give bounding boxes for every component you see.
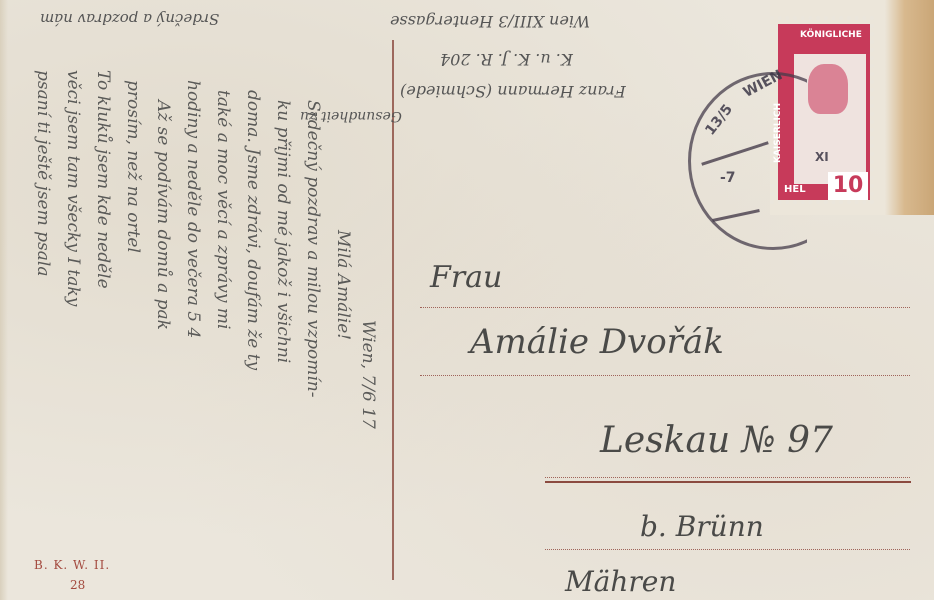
postmark-suffix: XI bbox=[815, 150, 829, 164]
address-salutation: Frau bbox=[430, 260, 502, 295]
address-region: Mähren bbox=[565, 565, 676, 598]
address-line-3 bbox=[545, 477, 910, 478]
card-edge bbox=[0, 0, 8, 600]
message-top-upside-down: Srdečný a pozdrav nám bbox=[40, 10, 219, 28]
postcard-back: Wien, 7/6 17 Milá Amálie! Srdečný pozdra… bbox=[0, 0, 934, 600]
address-line-1 bbox=[420, 307, 910, 308]
eagle-icon bbox=[808, 64, 848, 114]
address-street: Leskau № 97 bbox=[600, 420, 833, 461]
imprint-number: 28 bbox=[70, 578, 85, 592]
message-line: věci jsem tam všecky I taky bbox=[63, 70, 83, 306]
message-line: Milá Amálie! bbox=[333, 230, 353, 340]
address-name: Amálie Dvořák bbox=[470, 322, 724, 362]
sender-line: K. u. K. J. R. 204 bbox=[440, 50, 573, 69]
message-line: Srdečný pozdrav a milou vzpomín- bbox=[303, 100, 323, 397]
message-line: prosím, než na ortel bbox=[123, 80, 143, 253]
stamp-value: 10 bbox=[828, 172, 868, 200]
sender-line: Franz Hermann (Schmiede) bbox=[400, 82, 626, 101]
publisher-imprint: B. K. W. II. bbox=[34, 558, 110, 572]
sender-line: Gesundheit zu bbox=[300, 108, 402, 124]
message-dateline: Wien, 7/6 17 bbox=[358, 320, 378, 429]
address-via: b. Brünn bbox=[640, 510, 764, 543]
message-line: ku přijmi od mé jakož i všichni bbox=[273, 100, 293, 363]
message-line: hodiny a neděle do večera 5 4 bbox=[183, 80, 203, 338]
postmark-time: -7 bbox=[720, 170, 736, 186]
message-line: také a moc věcí a zprávy mi bbox=[213, 90, 233, 329]
message-line: To kluků jsem kde neděle bbox=[93, 70, 113, 289]
address-line-2 bbox=[420, 375, 910, 376]
message-line: doma. Jsme zdrávi, doufám že ty bbox=[243, 90, 263, 370]
address-line-4 bbox=[545, 549, 910, 550]
stamp-text-top: KÖNIGLICHE bbox=[800, 30, 862, 40]
sender-line: Wien XIII/3 Hentergasse bbox=[390, 12, 590, 31]
message-line: Až se podívám domů a pak bbox=[153, 100, 173, 330]
address-underline bbox=[545, 481, 911, 483]
message-line: psaní ti ještě jsem psala bbox=[33, 70, 53, 276]
